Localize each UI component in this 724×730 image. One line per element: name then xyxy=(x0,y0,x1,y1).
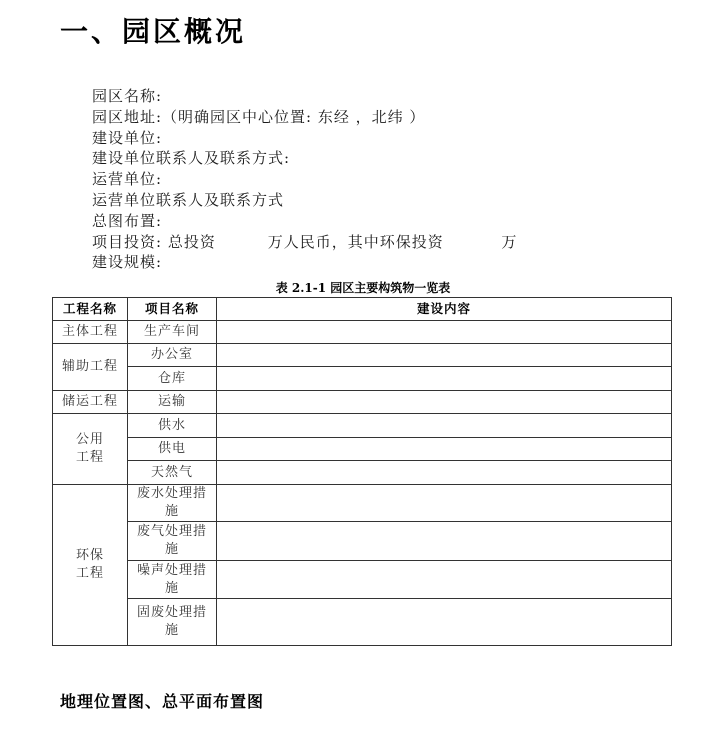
content-cell[interactable] xyxy=(217,485,672,522)
header-construction-content: 建设内容 xyxy=(217,298,672,321)
table-header-row: 工程名称 项目名称 建设内容 xyxy=(53,298,672,321)
table-row: 辅助工程 办公室 xyxy=(53,344,672,367)
content-cell[interactable] xyxy=(217,522,672,561)
content-cell[interactable] xyxy=(217,414,672,438)
group-name: 储运工程 xyxy=(53,391,128,414)
group-name: 辅助工程 xyxy=(53,344,128,391)
structures-table: 工程名称 项目名称 建设内容 主体工程 生产车间 辅助工程 办公室 仓库 储运工… xyxy=(52,297,672,646)
info-scale: 建设规模: xyxy=(92,252,517,273)
park-info-list: 园区名称: 园区地址:（明确园区中心位置: 东经 ，北纬 ） 建设单位: 建设单… xyxy=(92,86,517,273)
content-cell[interactable] xyxy=(217,344,672,367)
table-row: 环保工程 废水处理措施 xyxy=(53,485,672,522)
item-name-line: 废水处理措 xyxy=(137,486,207,501)
item-name: 办公室 xyxy=(128,344,217,367)
item-name-line: 噪声处理措 xyxy=(137,563,207,578)
table-row: 仓库 xyxy=(53,367,672,391)
table-row: 天然气 xyxy=(53,461,672,485)
table-caption-text: 表 2.1-1 园区主要构筑物一览表 xyxy=(276,281,451,295)
header-item-name: 项目名称 xyxy=(128,298,217,321)
info-investment: 项目投资: 总投资 万人民币，其中环保投资 万 xyxy=(92,232,517,253)
item-name-line: 施 xyxy=(165,581,179,596)
info-construction-unit: 建设单位: xyxy=(92,128,517,149)
group-name-line: 公用 xyxy=(76,432,104,447)
content-cell[interactable] xyxy=(217,391,672,414)
item-name: 供电 xyxy=(128,438,217,461)
table-row: 公用工程 供水 xyxy=(53,414,672,438)
item-name: 废水处理措施 xyxy=(128,485,217,522)
item-name: 生产车间 xyxy=(128,321,217,344)
content-cell[interactable] xyxy=(217,438,672,461)
item-name: 噪声处理措施 xyxy=(128,561,217,599)
table-caption: 表 2.1-1 园区主要构筑物一览表 xyxy=(0,279,724,296)
content-cell[interactable] xyxy=(217,367,672,391)
table-row: 噪声处理措施 xyxy=(53,561,672,599)
content-cell[interactable] xyxy=(217,321,672,344)
table-row: 供电 xyxy=(53,438,672,461)
item-name-line: 固废处理措 xyxy=(137,605,207,620)
item-name: 废气处理措施 xyxy=(128,522,217,561)
group-name-line: 工程 xyxy=(76,450,104,465)
group-name: 环保工程 xyxy=(53,485,128,646)
item-name-line: 废气处理措 xyxy=(137,524,207,539)
table-row: 储运工程 运输 xyxy=(53,391,672,414)
group-name: 公用工程 xyxy=(53,414,128,485)
table-row: 固废处理措施 xyxy=(53,599,672,646)
content-cell[interactable] xyxy=(217,561,672,599)
item-name: 运输 xyxy=(128,391,217,414)
group-name: 主体工程 xyxy=(53,321,128,344)
item-name: 天然气 xyxy=(128,461,217,485)
info-park-address: 园区地址:（明确园区中心位置: 东经 ，北纬 ） xyxy=(92,107,517,128)
item-name: 供水 xyxy=(128,414,217,438)
subsection-title: 地理位置图、总平面布置图 xyxy=(60,689,264,712)
group-name-line: 环保 xyxy=(76,548,104,563)
item-name: 固废处理措施 xyxy=(128,599,217,646)
content-cell[interactable] xyxy=(217,599,672,646)
table-row: 主体工程 生产车间 xyxy=(53,321,672,344)
info-layout: 总图布置: xyxy=(92,211,517,232)
info-operator-unit: 运营单位: xyxy=(92,169,517,190)
item-name-line: 施 xyxy=(165,623,179,638)
table-row: 废气处理措施 xyxy=(53,522,672,561)
content-cell[interactable] xyxy=(217,461,672,485)
info-operator-contact: 运营单位联系人及联系方式 xyxy=(92,190,517,211)
item-name-line: 施 xyxy=(165,504,179,519)
info-park-name: 园区名称: xyxy=(92,86,517,107)
info-construction-contact: 建设单位联系人及联系方式: xyxy=(92,148,517,169)
item-name: 仓库 xyxy=(128,367,217,391)
group-name-line: 工程 xyxy=(76,566,104,581)
header-engineering-name: 工程名称 xyxy=(53,298,128,321)
section-title: 一、园区概况 xyxy=(60,10,246,50)
item-name-line: 施 xyxy=(165,542,179,557)
